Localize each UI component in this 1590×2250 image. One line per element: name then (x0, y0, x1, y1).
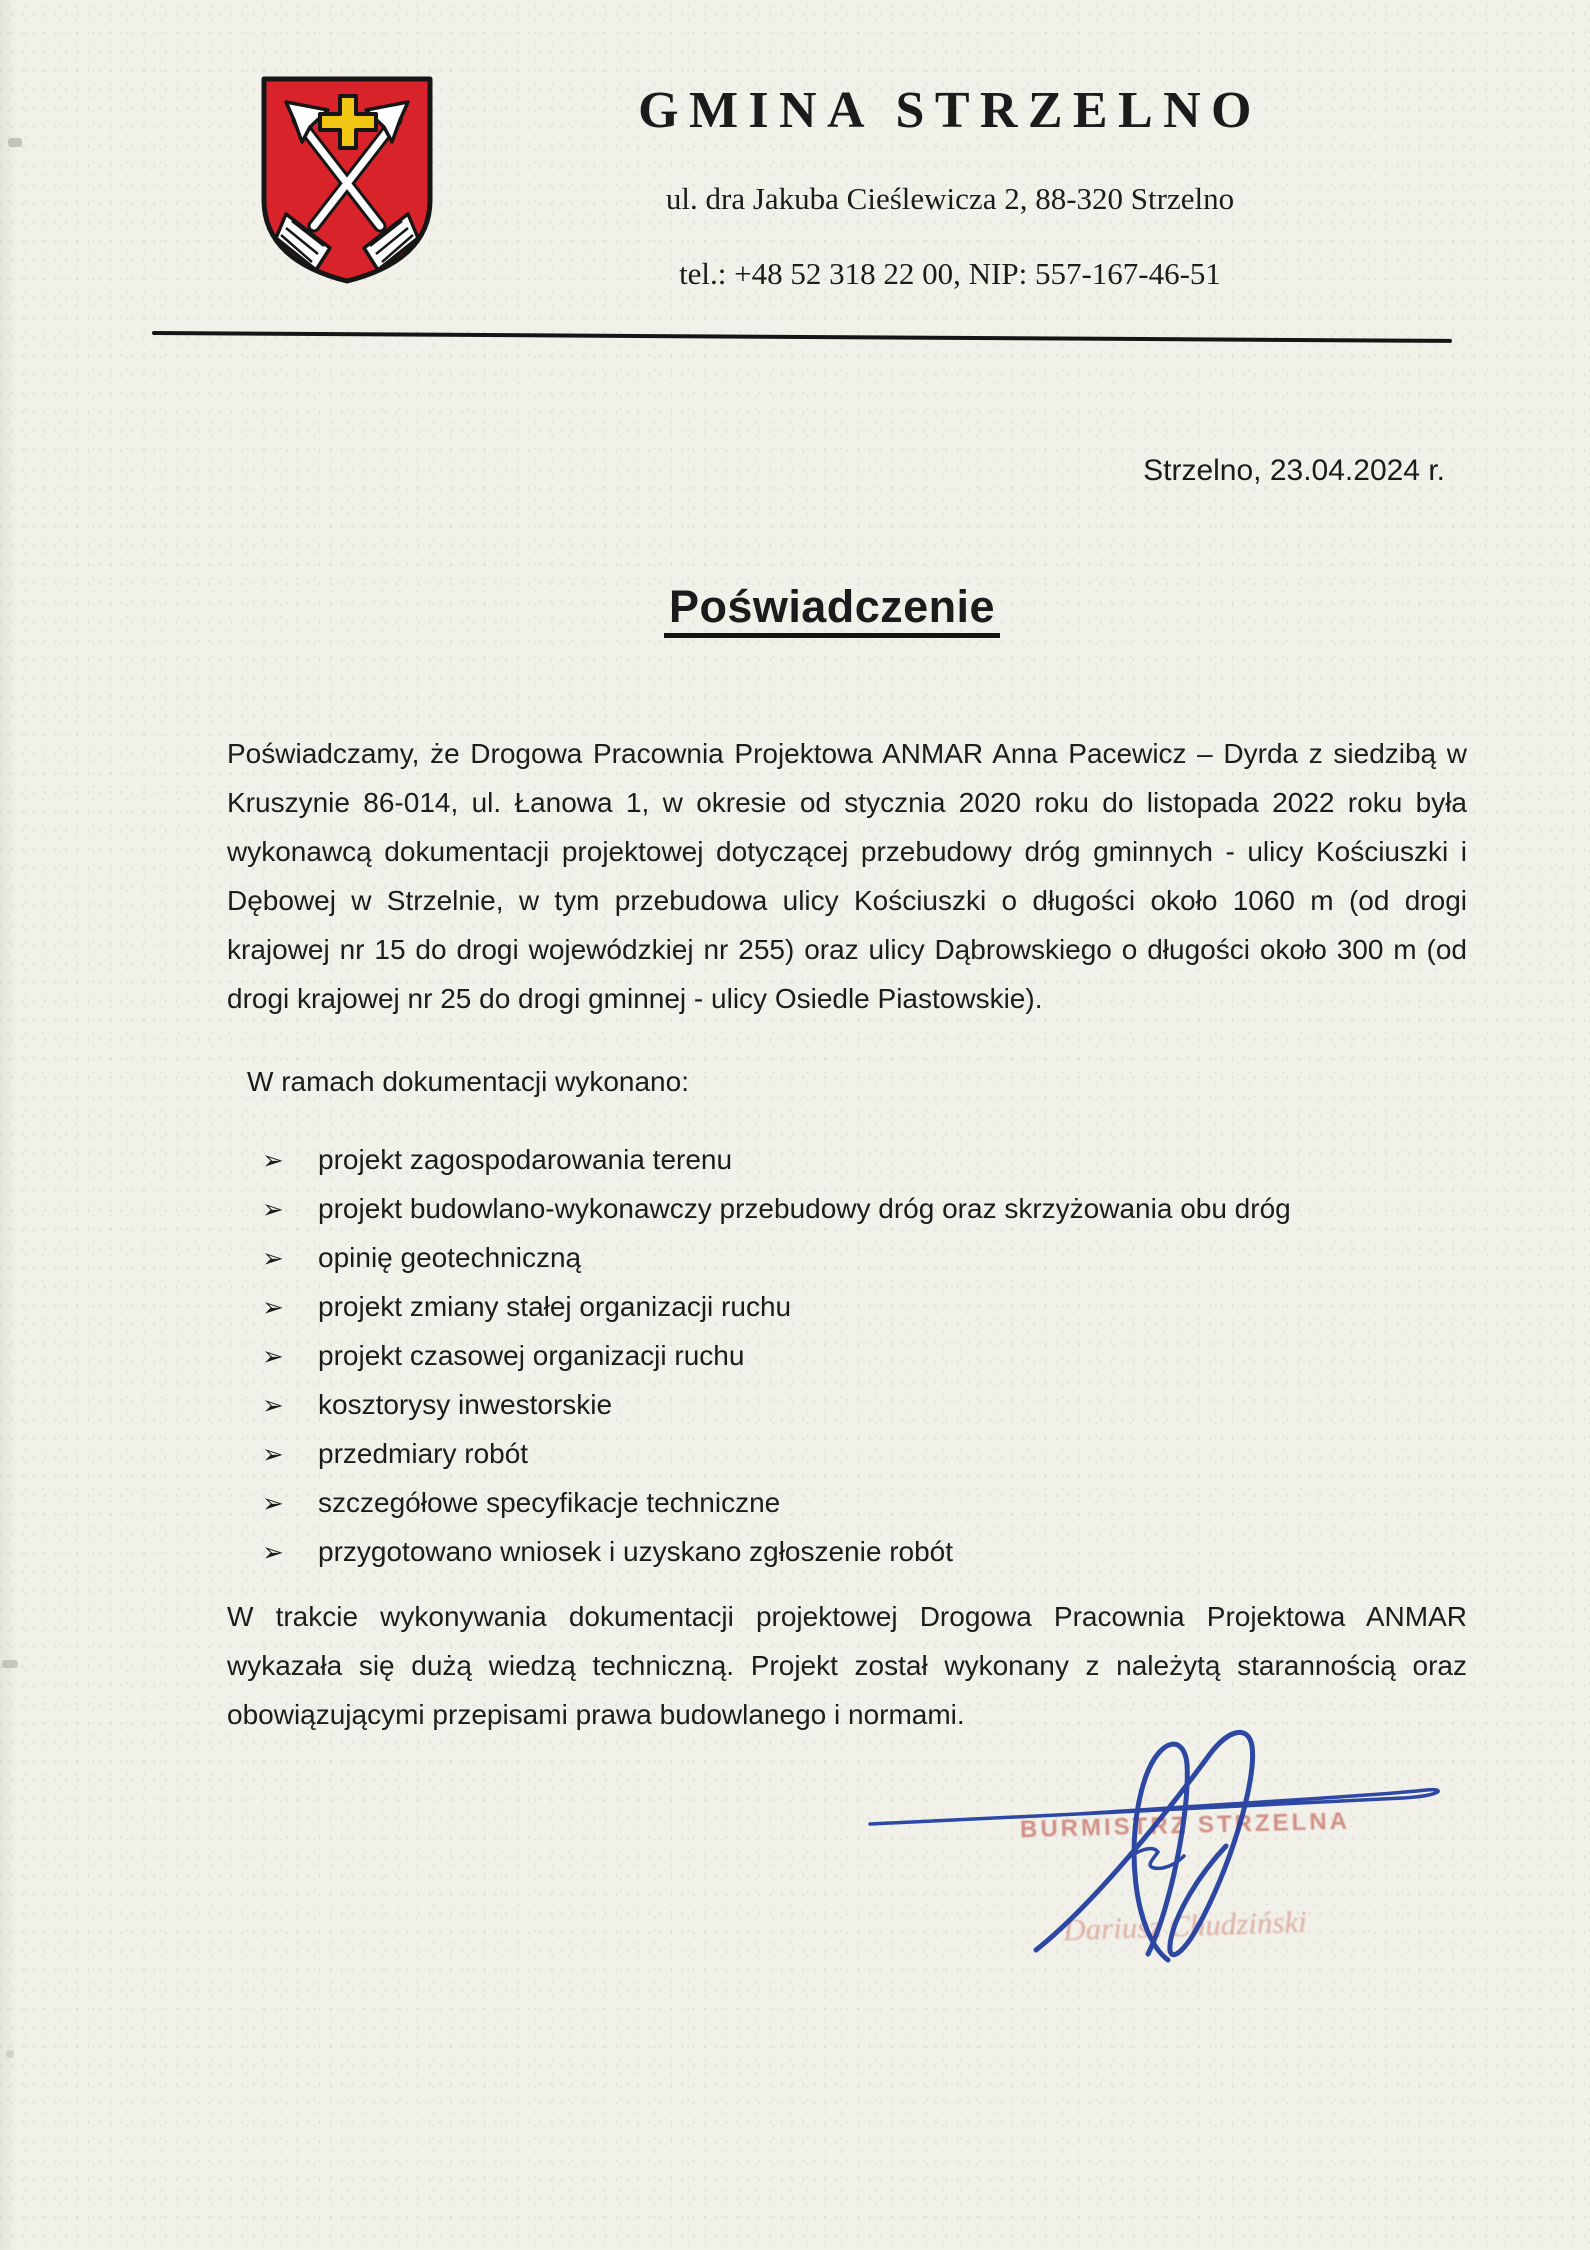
arrow-bullet-icon: ➢ (262, 1283, 318, 1332)
document-title: Poświadczenie (632, 584, 1032, 638)
list-item: ➢projekt czasowej organizacji ruchu (262, 1331, 1502, 1380)
paragraph-scope-of-work: Poświadczamy, że Drogowa Pracownia Proje… (227, 729, 1467, 1023)
list-item-text: przygotowano wniosek i uzyskano zgłoszen… (318, 1536, 953, 1567)
list-item: ➢szczegółowe specyfikacje techniczne (262, 1478, 1502, 1527)
strzelno-coat-of-arms-icon (258, 74, 436, 286)
list-item-text: kosztorysy inwestorskie (318, 1389, 612, 1420)
scan-artifact (8, 138, 22, 147)
arrow-bullet-icon: ➢ (262, 1430, 318, 1479)
list-item-text: projekt zmiany stałej organizacji ruchu (318, 1291, 791, 1322)
list-item: ➢projekt budowlano-wykonawczy przebudowy… (262, 1184, 1502, 1233)
handwritten-signature (828, 1688, 1508, 1988)
deliverables-list: ➢projekt zagospodarowania terenu ➢projek… (262, 1135, 1502, 1576)
scanned-letter-page: GMINA STRZELNO ul. dra Jakuba Cieślewicz… (0, 0, 1590, 2250)
list-item-text: projekt czasowej organizacji ruchu (318, 1340, 744, 1371)
arrow-bullet-icon: ➢ (262, 1381, 318, 1430)
scan-artifact (6, 2050, 14, 2058)
list-item: ➢projekt zmiany stałej organizacji ruchu (262, 1282, 1502, 1331)
list-intro: W ramach dokumentacji wykonano: (247, 1057, 689, 1106)
list-item: ➢kosztorysy inwestorskie (262, 1380, 1502, 1429)
list-item: ➢projekt zagospodarowania terenu (262, 1135, 1502, 1184)
list-item: ➢przedmiary robót (262, 1429, 1502, 1478)
arrow-bullet-icon: ➢ (262, 1479, 318, 1528)
arrow-bullet-icon: ➢ (262, 1234, 318, 1283)
arrow-bullet-icon: ➢ (262, 1136, 318, 1185)
org-address: ul. dra Jakuba Cieślewicza 2, 88-320 Str… (580, 183, 1320, 214)
document-title-text: Poświadczenie (664, 584, 1000, 638)
signature-underline-stroke (870, 1790, 1438, 1824)
list-item-text: projekt zagospodarowania terenu (318, 1144, 732, 1175)
date-line: Strzelno, 23.04.2024 r. (900, 456, 1445, 486)
org-phone-nip: tel.: +48 52 318 22 00, NIP: 557-167-46-… (580, 258, 1320, 289)
list-item-text: projekt budowlano-wykonawczy przebudowy … (318, 1193, 1291, 1224)
list-item: ➢przygotowano wniosek i uzyskano zgłosze… (262, 1527, 1502, 1576)
list-item-text: przedmiary robót (318, 1438, 528, 1469)
org-name: GMINA STRZELNO (600, 85, 1300, 137)
list-item-text: szczegółowe specyfikacje techniczne (318, 1487, 780, 1518)
scan-artifact (2, 1660, 18, 1668)
arrow-bullet-icon: ➢ (262, 1332, 318, 1381)
arrow-bullet-icon: ➢ (262, 1185, 318, 1234)
arrow-bullet-icon: ➢ (262, 1528, 318, 1577)
list-item-text: opinię geotechniczną (318, 1242, 581, 1273)
header-divider-line (152, 331, 1452, 343)
list-item: ➢opinię geotechniczną (262, 1233, 1502, 1282)
